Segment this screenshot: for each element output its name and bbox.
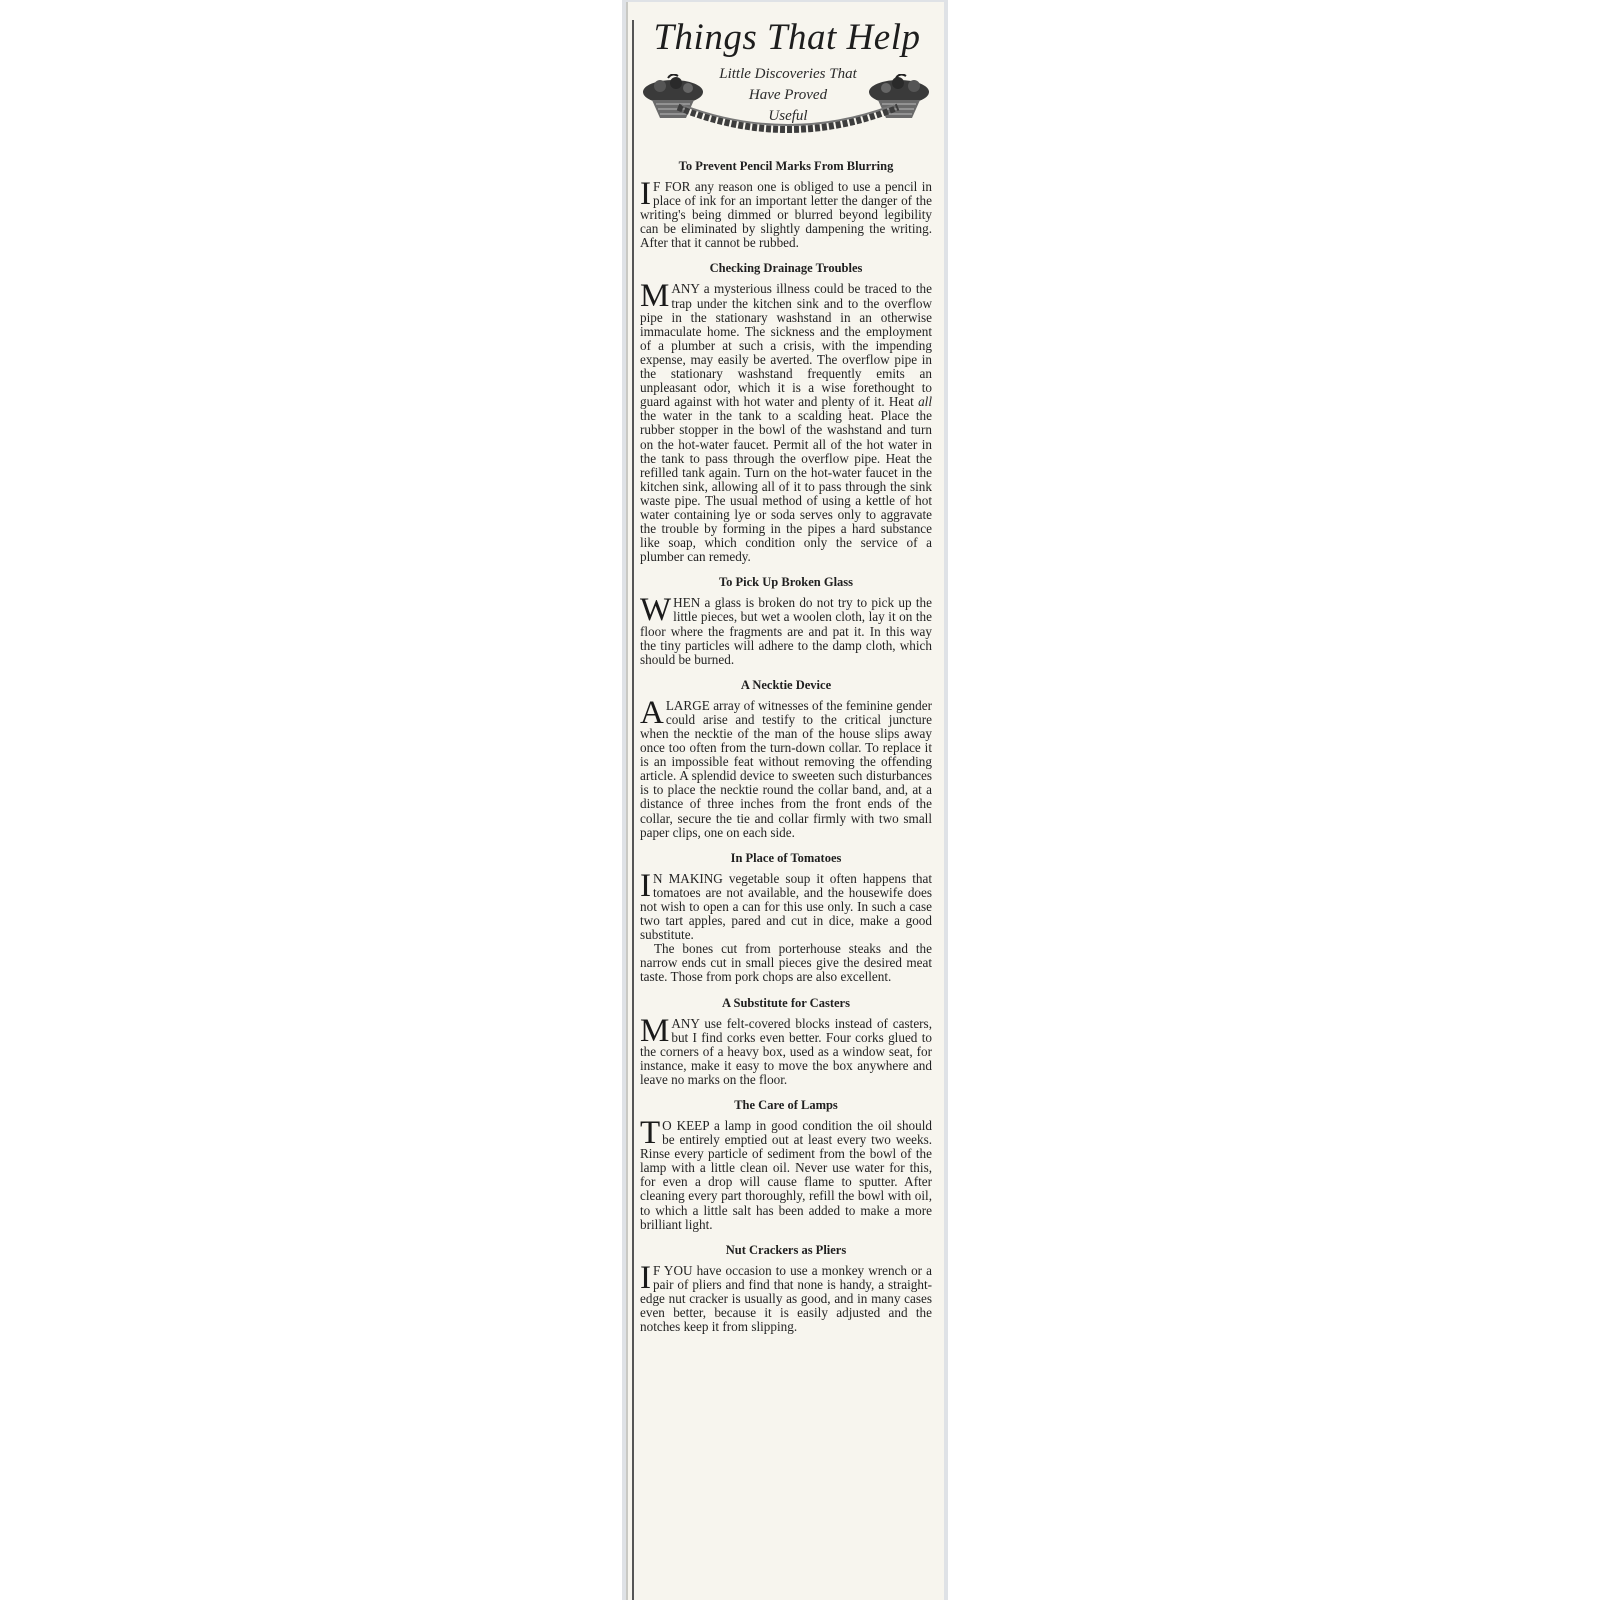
drop-cap: M	[640, 283, 669, 310]
article-section: To Pick Up Broken Glass WHEN a glass is …	[640, 574, 932, 666]
section-heading: In Place of Tomatoes	[640, 850, 932, 866]
section-heading: A Substitute for Casters	[640, 995, 932, 1011]
page-title: Things That Help	[628, 16, 944, 60]
section-heading: A Necktie Device	[640, 677, 932, 693]
section-heading: To Prevent Pencil Marks From Blurring	[640, 158, 932, 174]
section-paragraph: MANY use felt-covered blocks instead of …	[640, 1017, 932, 1087]
column-rule	[632, 20, 634, 1600]
article-section: Checking Drainage Troubles MANY a myster…	[640, 260, 932, 564]
drop-cap: I	[640, 181, 651, 208]
drop-cap: W	[640, 597, 671, 624]
article-section: To Prevent Pencil Marks From Blurring IF…	[640, 158, 932, 250]
article-section: A Substitute for Casters MANY use felt-c…	[640, 995, 932, 1087]
section-paragraph: IN MAKING vegetable soup it often hap­pe…	[640, 872, 932, 942]
section-paragraph: MANY a mysterious illness could be trace…	[640, 282, 932, 564]
drop-cap: I	[640, 873, 651, 900]
magazine-column: Things That Help Little Discoveries That…	[626, 2, 944, 1600]
drop-cap: I	[640, 1265, 651, 1292]
section-heading: The Care of Lamps	[640, 1097, 932, 1113]
drop-cap: M	[640, 1018, 669, 1045]
section-paragraph: TO KEEP a lamp in good condition the oil…	[640, 1119, 932, 1232]
section-heading: Nut Crackers as Pliers	[640, 1242, 932, 1258]
article-body: To Prevent Pencil Marks From Blurring IF…	[640, 158, 932, 1344]
section-paragraph: IF FOR any reason one is obliged to use …	[640, 180, 932, 250]
article-section: In Place of Tomatoes IN MAKING vegetable…	[640, 850, 932, 985]
drop-cap: T	[640, 1120, 660, 1147]
article-section: Nut Crackers as Pliers IF YOU have occas…	[640, 1242, 932, 1334]
section-heading: Checking Drainage Troubles	[640, 260, 932, 276]
section-paragraph: The bones cut from porterhouse steaks an…	[640, 942, 932, 984]
masthead: Things That Help Little Discoveries That…	[628, 2, 944, 152]
article-section: The Care of Lamps TO KEEP a lamp in good…	[640, 1097, 932, 1232]
section-heading: To Pick Up Broken Glass	[640, 574, 932, 590]
garland-ornament	[668, 97, 908, 147]
drop-cap: A	[640, 700, 664, 727]
section-paragraph: IF YOU have occasion to use a monkey wre…	[640, 1264, 932, 1334]
section-paragraph: ALARGE array of witnesses of the femi­ni…	[640, 699, 932, 840]
article-section: A Necktie Device ALARGE array of witness…	[640, 677, 932, 840]
subtitle-line: Little Discoveries That	[688, 64, 888, 85]
section-paragraph: WHEN a glass is broken do not try to pic…	[640, 596, 932, 666]
